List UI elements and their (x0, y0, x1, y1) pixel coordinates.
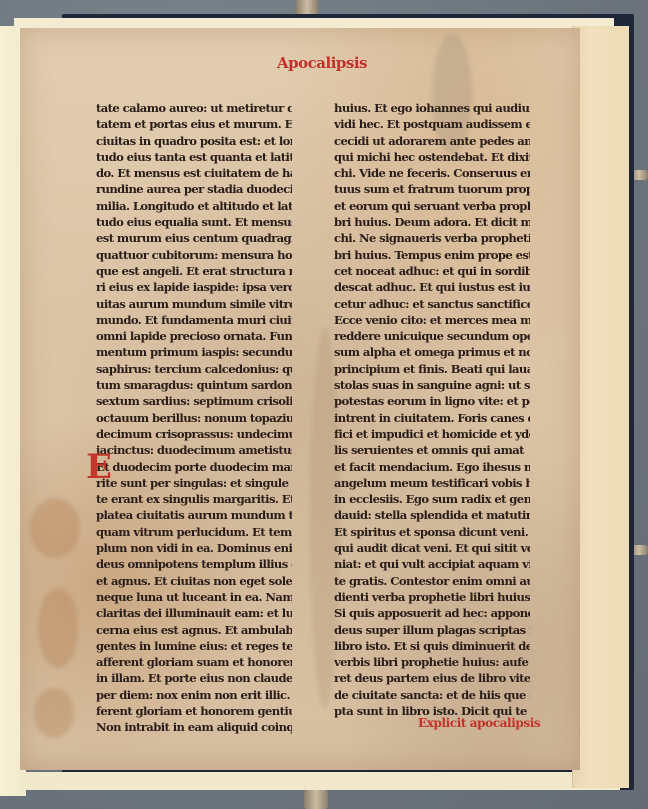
stain (30, 498, 80, 558)
text-line: tate calamo aureo: ut metiretur ciui (96, 100, 292, 116)
stain (38, 588, 78, 668)
text-line: tudo eius equalia sunt. Et mensus (96, 214, 292, 230)
text-line: Et duodecim porte duodecim marga (96, 459, 292, 475)
text-line: est murum eius centum quadraginta (96, 230, 292, 246)
text-line: de ciuitate sancta: et de hiis que scri (334, 687, 530, 703)
text-line: tatem et portas eius et murum. Et (96, 116, 292, 132)
text-line: mentum primum iaspis: secundum (96, 344, 292, 360)
text-line: rite sunt per singulas: et singule por (96, 475, 292, 491)
text-line: ferent gloriam et honorem gentium in ill… (96, 703, 292, 719)
text-line: tuus sum et fratrum tuorum prophetarum: (334, 181, 530, 197)
text-line: et agnus. Et ciuitas non eget sole (96, 573, 292, 589)
text-line: quattuor cubitorum: mensura hominis (96, 247, 292, 263)
text-line: ri eius ex lapide iaspide: ipsa vero ci (96, 279, 292, 295)
text-line: te gratis. Contestor enim omni au (334, 573, 530, 589)
text-line: te erant ex singulis margaritis. Et (96, 491, 292, 507)
text-line: tum smaragdus: quintum sardonix: (96, 377, 292, 393)
text-line: vidi hec. Et postquam audissem et vidiss… (334, 116, 530, 132)
text-line: do. Et mensus est ciuitatem de ha (96, 165, 292, 181)
text-line: saphirus: tercium calcedonius: quar (96, 361, 292, 377)
text-line: sum alpha et omega primus et nouissimus: (334, 344, 530, 360)
text-line: tudo eius tanta est quanta et latitu (96, 149, 292, 165)
text-line: cecidi ut adorarem ante pedes angeli (334, 133, 530, 149)
text-line: intrent in ciuitatem. Foris canes et ven… (334, 410, 530, 426)
text-line: ret deus partem eius de libro vite et (334, 670, 530, 686)
explicit-rubric: Explicit apocalipsis (418, 716, 540, 730)
text-line: et facit mendacium. Ego ihesus misi (334, 459, 530, 475)
text-line: Si quis apposuerit ad hec: apponet (334, 605, 530, 621)
text-line: stolas suas in sanguine agni: ut sit (334, 377, 530, 393)
text-line: principium et finis. Beati qui lauant (334, 361, 530, 377)
text-line: Non intrabit in eam aliquid coinquinatum (96, 719, 292, 735)
mount-paper-bottom (20, 772, 620, 790)
text-line: sextum sardius: septimum crisolitus: (96, 393, 292, 409)
running-head: Apocalipsis (262, 54, 382, 72)
text-line: omni lapide precioso ornata. Funda (96, 328, 292, 344)
text-column-right: huius. Et ego iohannes qui audiui etvidi… (334, 100, 530, 719)
text-line: bri huius. Deum adora. Et dicit mi (334, 214, 530, 230)
text-line: gentes in lumine eius: et reges terre (96, 638, 292, 654)
text-line: in ecclesiis. Ego sum radix et genus (334, 491, 530, 507)
text-line: octauum berillus: nonum topazius: (96, 410, 292, 426)
text-line: niat: et qui vult accipiat aquam vi (334, 556, 530, 572)
text-line: in illam. Et porte eius non claudentur (96, 670, 292, 686)
text-line: qui michi hec ostendebat. Et dixit mi (334, 149, 530, 165)
text-line: chi. Vide ne feceris. Conseruus enim (334, 165, 530, 181)
text-line: deus super illum plagas scriptas in (334, 622, 530, 638)
text-line: dauid: stella splendida et matutina. (334, 507, 530, 523)
text-line: deus omnipotens templum illius est (96, 556, 292, 572)
text-line: lis seruientes et omnis qui amat (334, 442, 530, 458)
binding-cord-bottom (304, 790, 328, 809)
text-line: uitas aurum mundum simile vitro (96, 296, 292, 312)
text-line: cet noceat adhuc: et qui in sordibus est… (334, 263, 530, 279)
text-line: rundine aurea per stadia duodecim (96, 181, 292, 197)
text-column-left: tate calamo aureo: ut metiretur ciuitate… (96, 100, 292, 736)
text-line: neque luna ut luceant in ea. Nam (96, 589, 292, 605)
text-line: potestas eorum in ligno vite: et per por… (334, 393, 530, 409)
text-line: mundo. Et fundamenta muri ciuitatis (96, 312, 292, 328)
text-line: dienti verba prophetie libri huius. (334, 589, 530, 605)
text-line: fici et impudici et homicide et ydo (334, 426, 530, 442)
text-line: cerna eius est agnus. Et ambulabunt (96, 622, 292, 638)
rubricated-initial: E (86, 450, 116, 484)
text-line: platea ciuitatis aurum mundum tam (96, 507, 292, 523)
text-line: reddere unicuique secundum opera sua. Eg… (334, 328, 530, 344)
text-line: angelum meum testificari vobis hec (334, 475, 530, 491)
text-line: afferent gloriam suam et honorem (96, 654, 292, 670)
text-line: verbis libri prophetie huius: aufe (334, 654, 530, 670)
text-line: cetur adhuc: et sanctus sanctificetur ad… (334, 296, 530, 312)
text-line: milia. Longitudo et altitudo et lati (96, 198, 292, 214)
text-line: iacinctus: duodecimum ametistus. (96, 442, 292, 458)
text-line: qui audit dicat veni. Et qui sitit ve (334, 540, 530, 556)
text-line: quam vitrum perlucidum. Et tem (96, 524, 292, 540)
text-line: libro isto. Et si quis diminuerit de (334, 638, 530, 654)
stain (34, 688, 74, 738)
text-line: descat adhuc. Et qui iustus est iustifi (334, 279, 530, 295)
text-line: claritas dei illuminauit eam: et lu (96, 605, 292, 621)
text-line: que est angeli. Et erat structura mu (96, 263, 292, 279)
text-line: huius. Et ego iohannes qui audiui et (334, 100, 530, 116)
text-line: Et spiritus et sponsa dicunt veni. Et (334, 524, 530, 540)
text-line: bri huius. Tempus enim prope est. Qui no (334, 247, 530, 263)
text-line: chi. Ne signaueris verba prophetie li (334, 230, 530, 246)
text-line: decimum crisoprassus: undecimum (96, 426, 292, 442)
text-line: et eorum qui seruant verba prophetie li (334, 198, 530, 214)
guard-strip-right (572, 26, 629, 788)
text-line: per diem: nox enim non erit illic. Et af (96, 687, 292, 703)
text-line: ciuitas in quadro posita est: et longi (96, 133, 292, 149)
text-line: plum non vidi in ea. Dominus enim (96, 540, 292, 556)
text-line: Ecce venio cito: et merces mea mecum est… (334, 312, 530, 328)
